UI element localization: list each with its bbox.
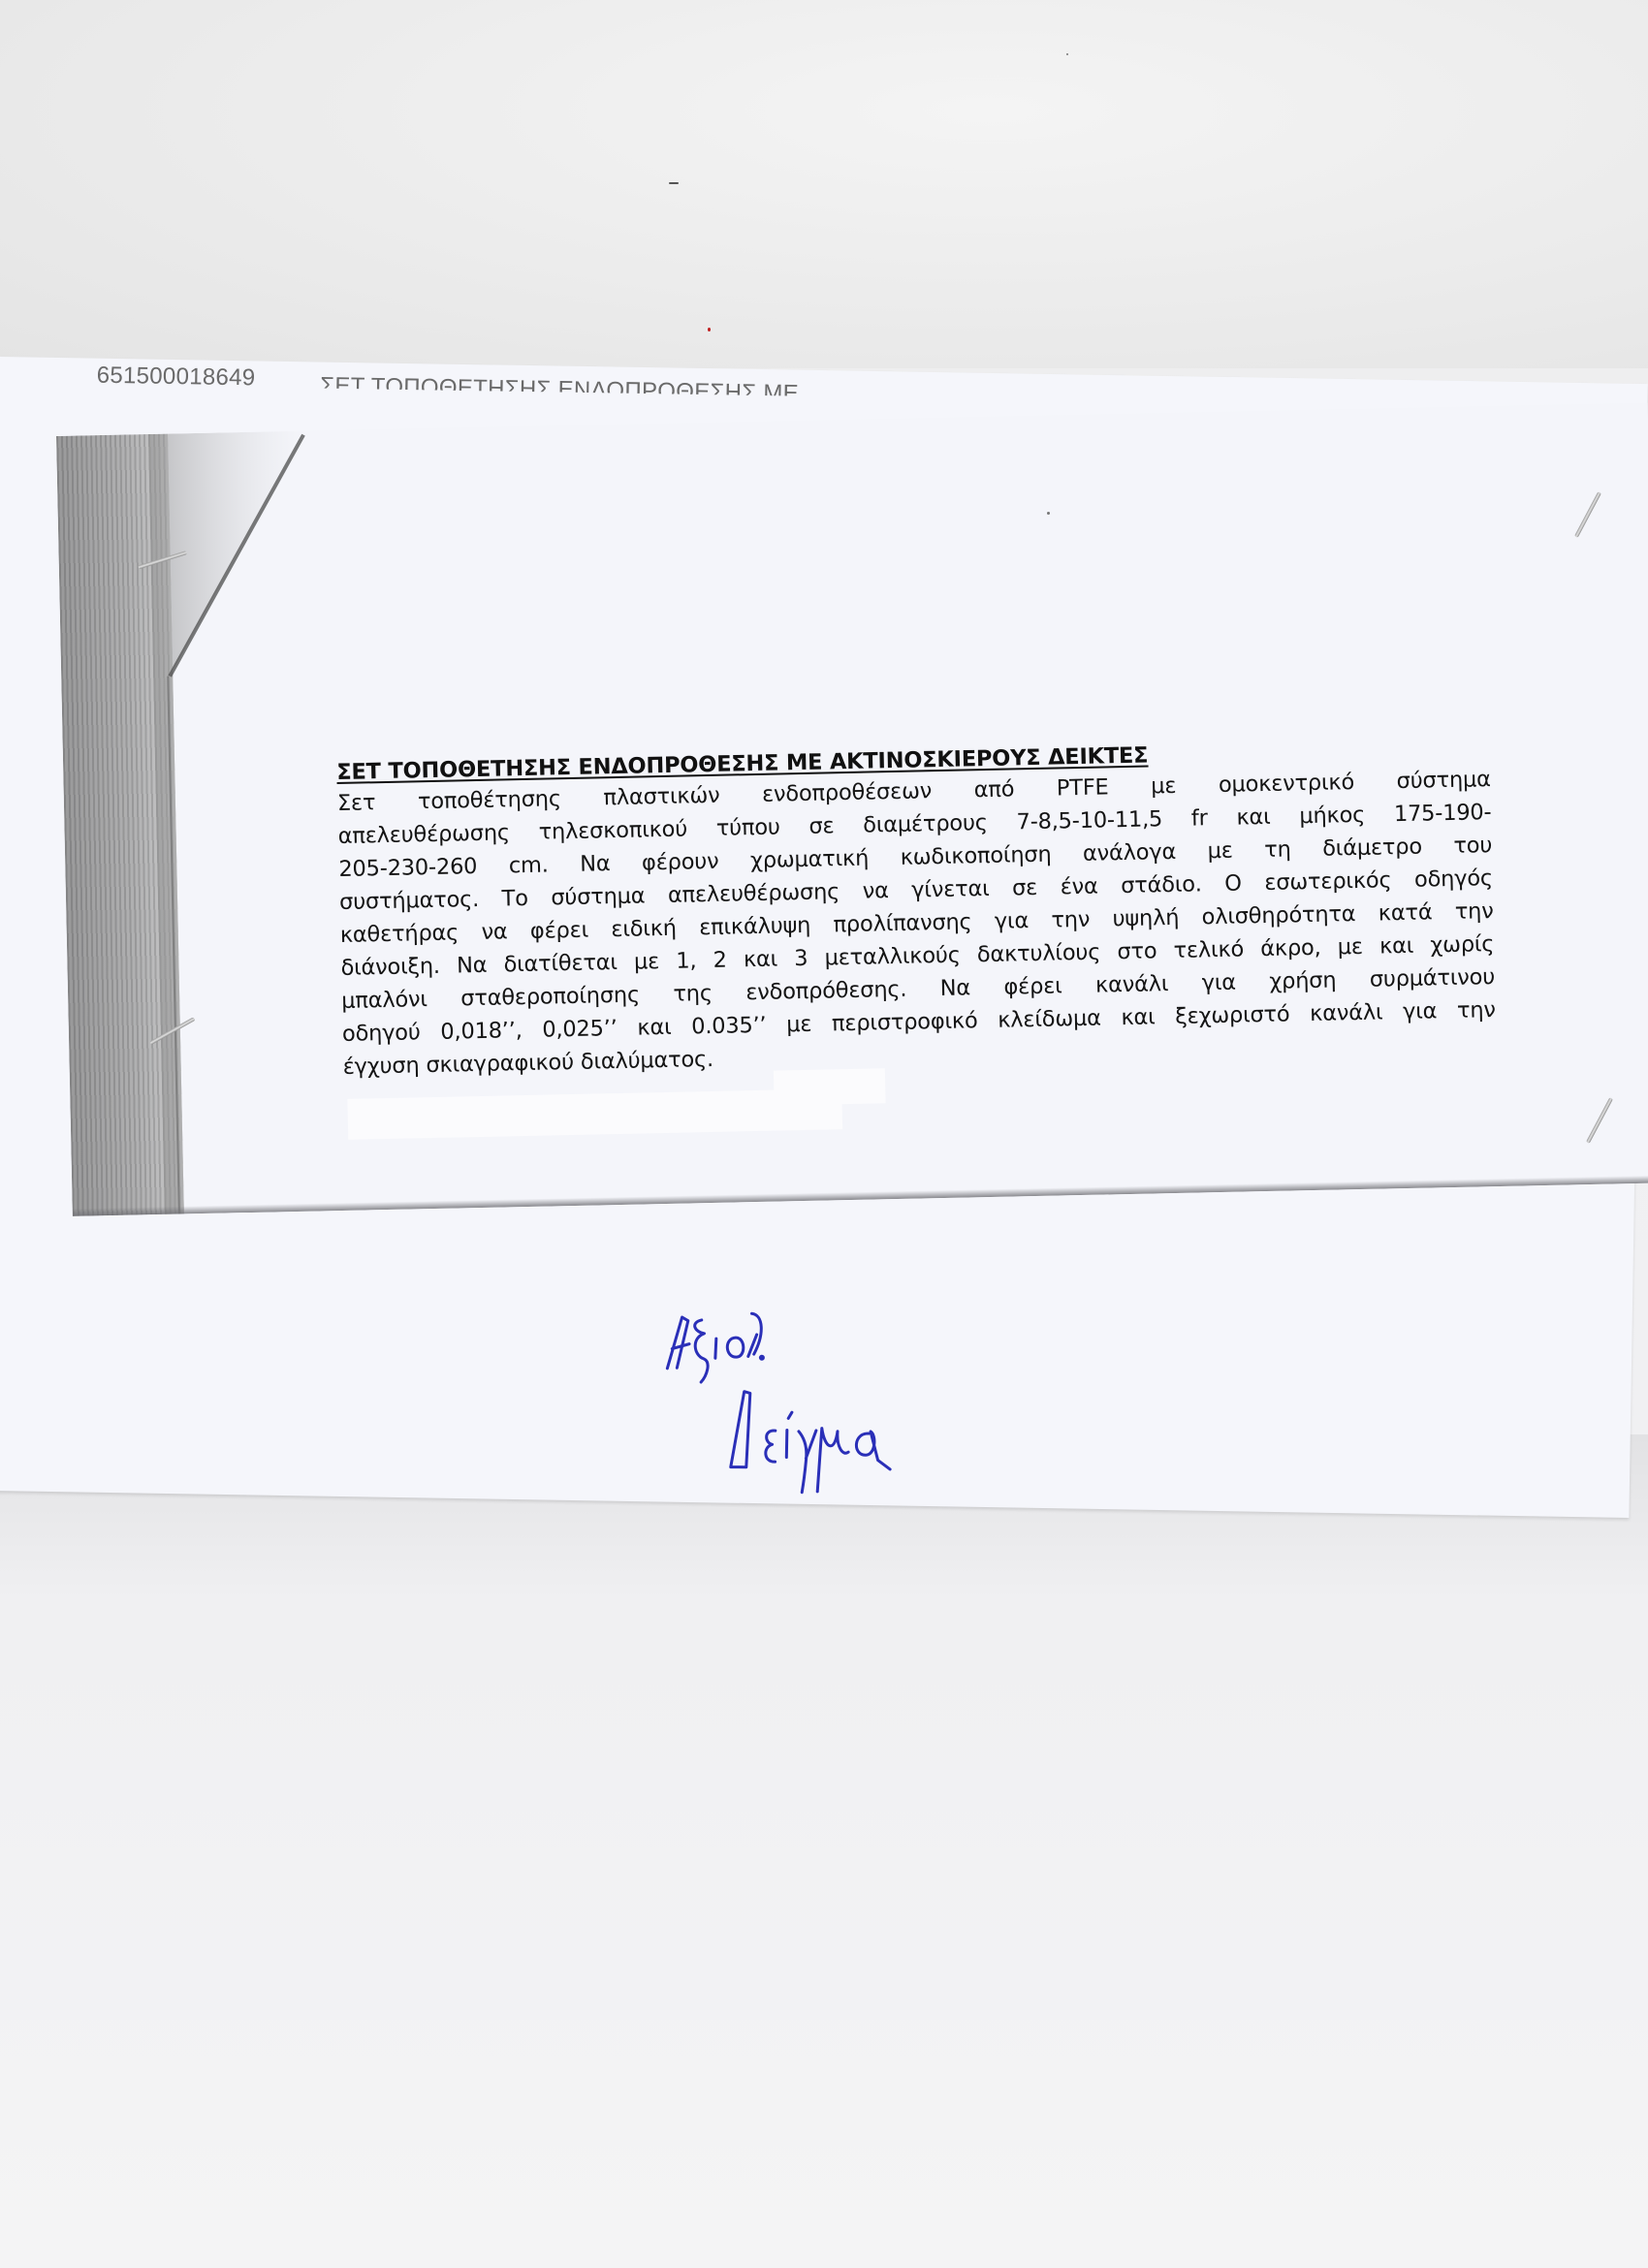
photocopy-strip: ΣΕΤ ΤΟΠΟΘΕΤΗΣΗΣ ΕΝΔΟΠΡΟΘΕΣΗΣ ΜΕ ΑΚΤΙΝΟΣΚ…: [56, 403, 1648, 1216]
handwritten-note: Αξιολ. Δείγμα: [645, 1286, 946, 1504]
scan-speck: [708, 328, 711, 331]
scanner-background-top: [0, 0, 1648, 368]
printout-header-line: 651500018649 ΣΕΤ ΤΟΠΟΘΕΤΗΣΗΣ ΕΝΔΟΠΡΟΘΕΣΗ…: [96, 362, 799, 401]
correction-tape-patch: [774, 1068, 886, 1105]
specification-paragraph: Σετ τοποθέτησης πλαστικών ενδοπροθέσεων …: [337, 763, 1497, 1084]
correction-tape: [347, 1087, 891, 1148]
scanner-background-bottom: [0, 1434, 1648, 2268]
handwriting-strokes: [645, 1286, 946, 1504]
correction-tape-patch: [347, 1088, 842, 1140]
scan-speck: [1066, 53, 1068, 55]
item-code: 651500018649: [96, 362, 255, 393]
item-description-clipped: ΣΕΤ ΤΟΠΟΘΕΤΗΣΗΣ ΕΝΔΟΠΡΟΘΕΣΗΣ ΜΕ: [320, 372, 799, 395]
scan-speck: [669, 182, 679, 184]
scan-speck: [1047, 512, 1050, 515]
handwritten-line-2: Δείγμα: [645, 1302, 646, 1303]
specification-block: ΣΕΤ ΤΟΠΟΘΕΤΗΣΗΣ ΕΝΔΟΠΡΟΘΕΣΗΣ ΜΕ ΑΚΤΙΝΟΣΚ…: [336, 736, 1497, 1084]
